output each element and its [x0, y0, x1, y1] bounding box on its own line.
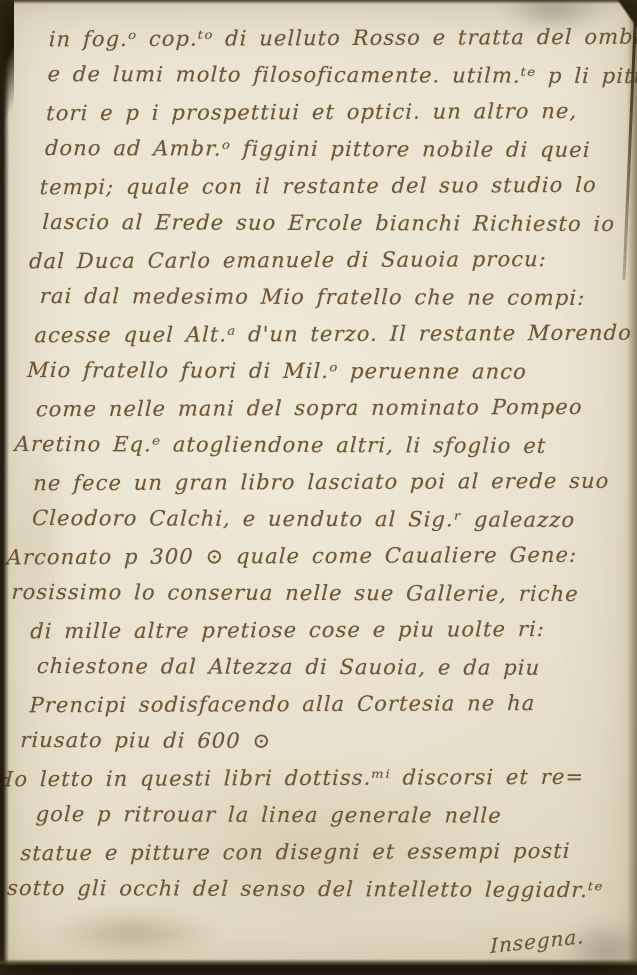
manuscript-line-21: Ho letto in questi libri dottiss.ᵐⁱ disc… [0, 759, 609, 799]
page-edge-bottom [0, 959, 637, 975]
manuscript-line-18: chiestone dal Altezza di Sauoia, e da pi… [36, 648, 612, 687]
page-corner-top-right [607, 0, 637, 56]
manuscript-line-2: e de lumi molto filosoficamente. utilm.ᵗ… [47, 56, 633, 95]
manuscript-line-24: sotto gli occhi del senso del intelletto… [6, 870, 604, 909]
manuscript-line-7: dal Duca Carlo emanuele di Sauoia procu: [28, 241, 626, 281]
manuscript-line-5: tempi; quale con il restante del suo stu… [39, 167, 629, 207]
catchword: Insegna. [490, 924, 584, 958]
manuscript-line-1: in fog.ᵒ cop.ᵗᵒ di uelluto Rosso e tratt… [48, 19, 634, 59]
manuscript-line-19: Prencipi sodisfacendo alla Cortesia ne h… [29, 685, 611, 725]
manuscript-line-23: statue e pitture con disegni et essempi … [20, 833, 606, 873]
manuscript-line-6: lascio al Erede suo Ercole bianchi Richi… [42, 204, 628, 243]
manuscript-line-11: come nelle mani del sopra nominato Pompe… [35, 389, 621, 429]
manuscript-line-14: Cleodoro Calchi, e uenduto al Sig.ʳ gale… [31, 500, 617, 539]
manuscript-line-20: riusato piu di 600 ⊙ [20, 722, 610, 761]
manuscript-line-12: Aretino Eq.ᵉ atogliendone altri, li sfog… [14, 426, 620, 465]
manuscript-lines: in fog.ᵒ cop.ᵗᵒ di uelluto Rosso e tratt… [18, 20, 634, 908]
page-edge-top [0, 0, 637, 4]
manuscript-line-17: di mille altre pretiose cose e piu uolte… [30, 611, 614, 651]
manuscript-line-4: dono ad Ambr.ᵒ figgini pittore nobile di… [44, 130, 630, 169]
manuscript-line-10: Mio fratello fuori di Mil.ᵒ peruenne anc… [27, 352, 623, 391]
manuscript-photo: in fog.ᵒ cop.ᵗᵒ di uelluto Rosso e tratt… [0, 0, 637, 975]
manuscript-line-3: tori e p i prospettiui et optici. un alt… [46, 93, 632, 133]
manuscript-line-16: rosissimo lo conserua nelle sue Gallerie… [11, 574, 615, 613]
page-edge-left-top [0, 0, 14, 150]
manuscript-line-13: ne fece un gran libro lasciato poi al er… [33, 463, 619, 503]
stain-bottom-left [48, 912, 218, 954]
manuscript-line-22: gole p ritrouar la linea generale nelle [35, 796, 607, 835]
manuscript-line-15: Arconato p 300 ⊙ quale come Caualiere Ge… [6, 537, 616, 577]
manuscript-line-8: rai dal medesimo Mio fratello che ne com… [39, 278, 625, 317]
manuscript-line-9: acesse quel Alt.ᵃ d'un terzo. Il restant… [34, 315, 624, 355]
